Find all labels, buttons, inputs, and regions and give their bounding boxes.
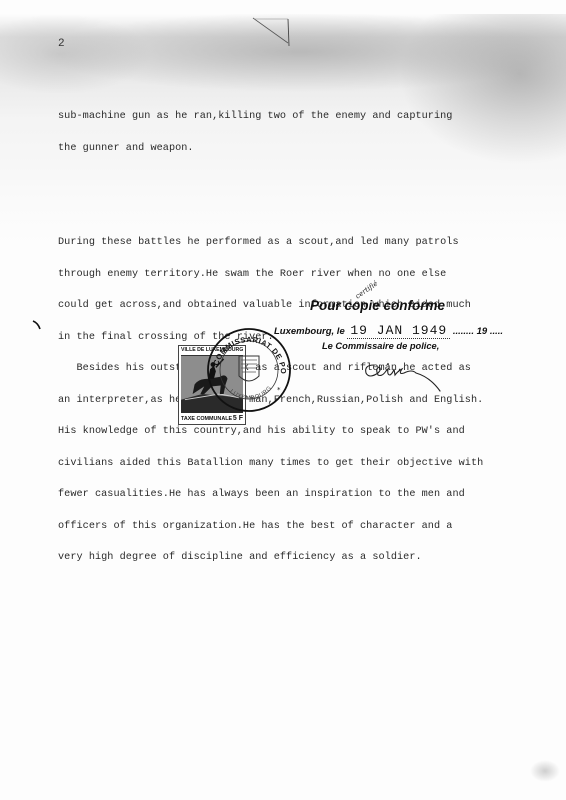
document-page: 2 sub-machine gun as he ran,killing two …: [0, 0, 566, 800]
text-line: through enemy territory.He swam the Roer…: [58, 270, 558, 281]
tax-stamp-bottom-text: TAXE COMMUNALE: [181, 416, 232, 422]
date-dots-end: .....: [490, 326, 503, 337]
paragraph-2: During these battles he performed as a s…: [58, 217, 558, 585]
text-line: an interpreter,as he speaks German,Frenc…: [58, 396, 558, 407]
signature-icon: [360, 351, 450, 401]
commissaire-title: Le Commissaire de police,: [322, 341, 439, 351]
svg-text:COMMISSARIAT DE POLICE: COMMISSARIAT DE POLICE: [205, 326, 288, 375]
text-line: could get across,and obtained valuable i…: [58, 301, 558, 312]
page-number: 2: [58, 38, 65, 50]
stamped-date: 19 JAN 1949: [347, 323, 450, 339]
text-line: very high degree of discipline and effic…: [58, 553, 558, 564]
text-line: officers of this organization.He has the…: [58, 522, 558, 533]
tax-stamp-value: 5 F: [233, 415, 243, 422]
seal-bottom-text: LUXEMBOURG: [228, 385, 273, 401]
police-seal-icon: COMMISSARIAT DE POLICE LUXEMBOURG *: [205, 326, 293, 414]
paragraph-1: sub-machine gun as he ran,killing two of…: [58, 91, 558, 175]
text-line: civilians aided this Batallion many time…: [58, 459, 558, 470]
svg-text:*: *: [277, 386, 281, 394]
text-line: sub-machine gun as he ran,killing two of…: [58, 112, 558, 123]
text-line: During these battles he performed as a s…: [58, 238, 558, 249]
seal-text: COMMISSARIAT DE POLICE: [205, 326, 288, 375]
date-dots: ........: [453, 326, 474, 337]
text-line: the gunner and weapon.: [58, 144, 558, 155]
year-suffix: 19: [477, 326, 488, 337]
date-line: Luxembourg, le 19 JAN 1949 ........ 19 .…: [274, 323, 503, 338]
text-line: Besides his outstanding work as a scout …: [58, 364, 558, 375]
text-line: fewer casualities.He has always been an …: [58, 490, 558, 501]
margin-tick-mark: [30, 318, 44, 332]
svg-text:LUXEMBOURG: LUXEMBOURG: [228, 385, 273, 401]
text-line: His knowledge of this country,and his ab…: [58, 427, 558, 438]
scan-noise: [530, 760, 560, 782]
pour-copie-conforme: Pour copie conforme: [310, 298, 445, 313]
tax-stamp-bottom-label: TAXE COMMUNALE 5 F: [181, 414, 243, 423]
